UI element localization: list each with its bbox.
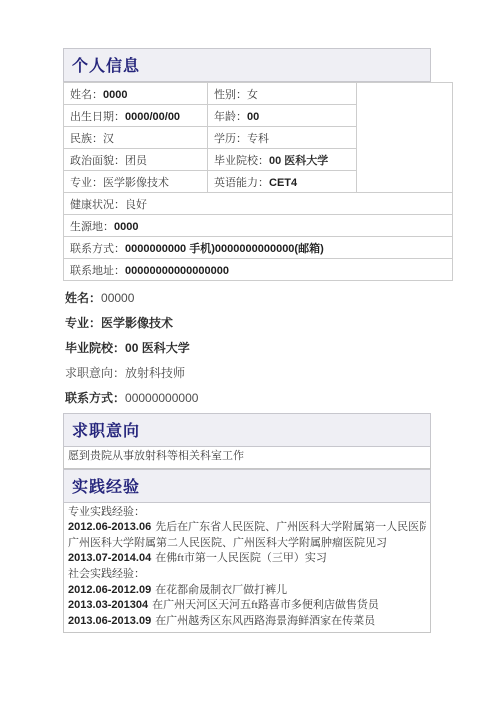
cell-political-status: 政治面貌：团员 [64,149,208,171]
personal-info-table: 姓名：0000 性别：女 出生日期：0000/00/00 年龄：00 民族：汉 … [63,82,453,281]
field-value: 00 医科大学 [125,341,190,355]
cell-address: 联系地址：00000000000000000 [64,259,453,281]
field-value: 0000/00/00 [125,111,180,123]
field-label: 联系地址： [70,265,125,277]
field-label: 生源地： [70,221,114,233]
field-label: 毕业院校： [214,155,269,167]
summary-job-intention: 求职意向：放射科技师 [65,361,431,386]
summary-major: 专业：医学影像技术 [65,311,431,336]
table-row: 联系地址：00000000000000000 [64,259,453,281]
experience-line: 专业实践经验： [68,505,426,521]
field-value: CET4 [269,177,297,189]
cell-birthdate: 出生日期：0000/00/00 [64,105,208,127]
field-label: 出生日期： [70,111,125,123]
field-label: 求职意向： [65,366,125,380]
date-range: 2013.07-2014.04 [68,552,151,564]
field-value: 团员 [125,155,147,167]
section-header-experience: 实践经验 [63,469,431,503]
field-value: 0000000000 手机)0000000000000(邮箱) [125,243,324,255]
cell-contact: 联系方式：0000000000 手机)0000000000000(邮箱) [64,237,453,259]
field-value: 良好 [125,199,147,211]
cell-ethnicity: 民族：汉 [64,127,208,149]
section-header-job-intention: 求职意向 [63,413,431,447]
experience-line: 2013.07-2014.04在佛ft市第一人民医院（三甲）实习 [68,551,426,567]
field-label: 姓名： [70,89,103,101]
resume-content: 个人信息 姓名：0000 性别：女 出生日期：0000/00/00 年龄：00 … [63,48,431,633]
field-value: 医学影像技术 [103,177,169,189]
field-label: 专业： [70,177,103,189]
field-value: 0000 [103,89,127,101]
field-label: 年龄： [214,111,247,123]
summary-contact: 联系方式：00000000000 [65,386,431,411]
field-label: 健康状况： [70,199,125,211]
section-title: 个人信息 [72,58,140,75]
job-intention-text: 愿到贵院从事放射科等相关科室工作 [68,449,426,465]
table-row: 生源地：0000 [64,215,453,237]
summary-graduate-school: 毕业院校：00 医科大学 [65,336,431,361]
field-value: 00000 [101,291,134,305]
experience-line: 2012.06-2012.09在花都俞晟制衣厂做打裤儿 [68,583,426,599]
experience-line: 广州医科大学附属第二人民医院、广州医科大学附属肿瘤医院见习 [68,536,426,552]
resume-page: { "document": { "colors": { "header_text… [0,0,500,707]
section-title: 实践经验 [72,479,140,496]
field-value: 0000 [114,221,138,233]
cell-name: 姓名：0000 [64,83,208,105]
cell-english-level: 英语能力：CET4 [208,171,357,193]
field-value: 医学影像技术 [101,316,173,330]
field-label: 毕业院校： [65,341,125,355]
field-value: 汉 [103,133,114,145]
cell-age: 年龄：00 [208,105,357,127]
experience-line: 社会实践经验： [68,567,426,583]
field-value: 00000000000 [125,391,198,405]
field-value: 专科 [247,133,269,145]
field-label: 学历： [214,133,247,145]
experience-box: 专业实践经验： 2012.06-2013.06先后在广东省人民医院、广州医科大学… [63,503,431,634]
field-label: 政治面貌： [70,155,125,167]
field-label: 专业： [65,316,101,330]
date-range: 2013.03-201304 [68,599,148,611]
field-label: 英语能力： [214,177,269,189]
field-label: 联系方式： [70,243,125,255]
cell-education: 学历：专科 [208,127,357,149]
experience-line: 2012.06-2013.06先后在广东省人民医院、广州医科大学附属第一人民医院… [68,520,426,536]
field-label: 民族： [70,133,103,145]
field-value: 00 医科大学 [269,155,328,167]
field-label: 姓名： [65,291,101,305]
cell-gender: 性别：女 [208,83,357,105]
cell-health: 健康状况：良好 [64,193,453,215]
date-range: 2013.06-2013.09 [68,615,151,627]
field-value: 女 [247,89,258,101]
table-row: 姓名：0000 性别：女 [64,83,453,105]
job-intention-box: 愿到贵院从事放射科等相关科室工作 [63,447,431,469]
cell-graduate-school: 毕业院校：00 医科大学 [208,149,357,171]
summary-name: 姓名：00000 [65,286,431,311]
section-title: 求职意向 [72,423,140,440]
field-label: 联系方式： [65,391,125,405]
date-range: 2012.06-2013.06 [68,521,151,533]
cell-major: 专业：医学影像技术 [64,171,208,193]
table-row: 联系方式：0000000000 手机)0000000000000(邮箱) [64,237,453,259]
field-value: 00000000000000000 [125,265,229,277]
cell-hometown: 生源地：0000 [64,215,453,237]
table-row: 健康状况：良好 [64,193,453,215]
experience-line: 2013.03-201304在广州天河区天河五ft路喜市多便利店做售货员 [68,598,426,614]
summary-block: 姓名：00000 专业：医学影像技术 毕业院校：00 医科大学 求职意向：放射科… [65,286,431,411]
field-label: 性别： [214,89,247,101]
experience-line: 2013.06-2013.09在广州越秀区东风西路海景海鲜酒家在传菜员 [68,614,426,630]
date-range: 2012.06-2012.09 [68,584,151,596]
field-value: 放射科技师 [125,366,185,380]
field-value: 00 [247,111,259,123]
photo-placeholder [357,83,453,193]
section-header-personal-info: 个人信息 [63,48,431,82]
